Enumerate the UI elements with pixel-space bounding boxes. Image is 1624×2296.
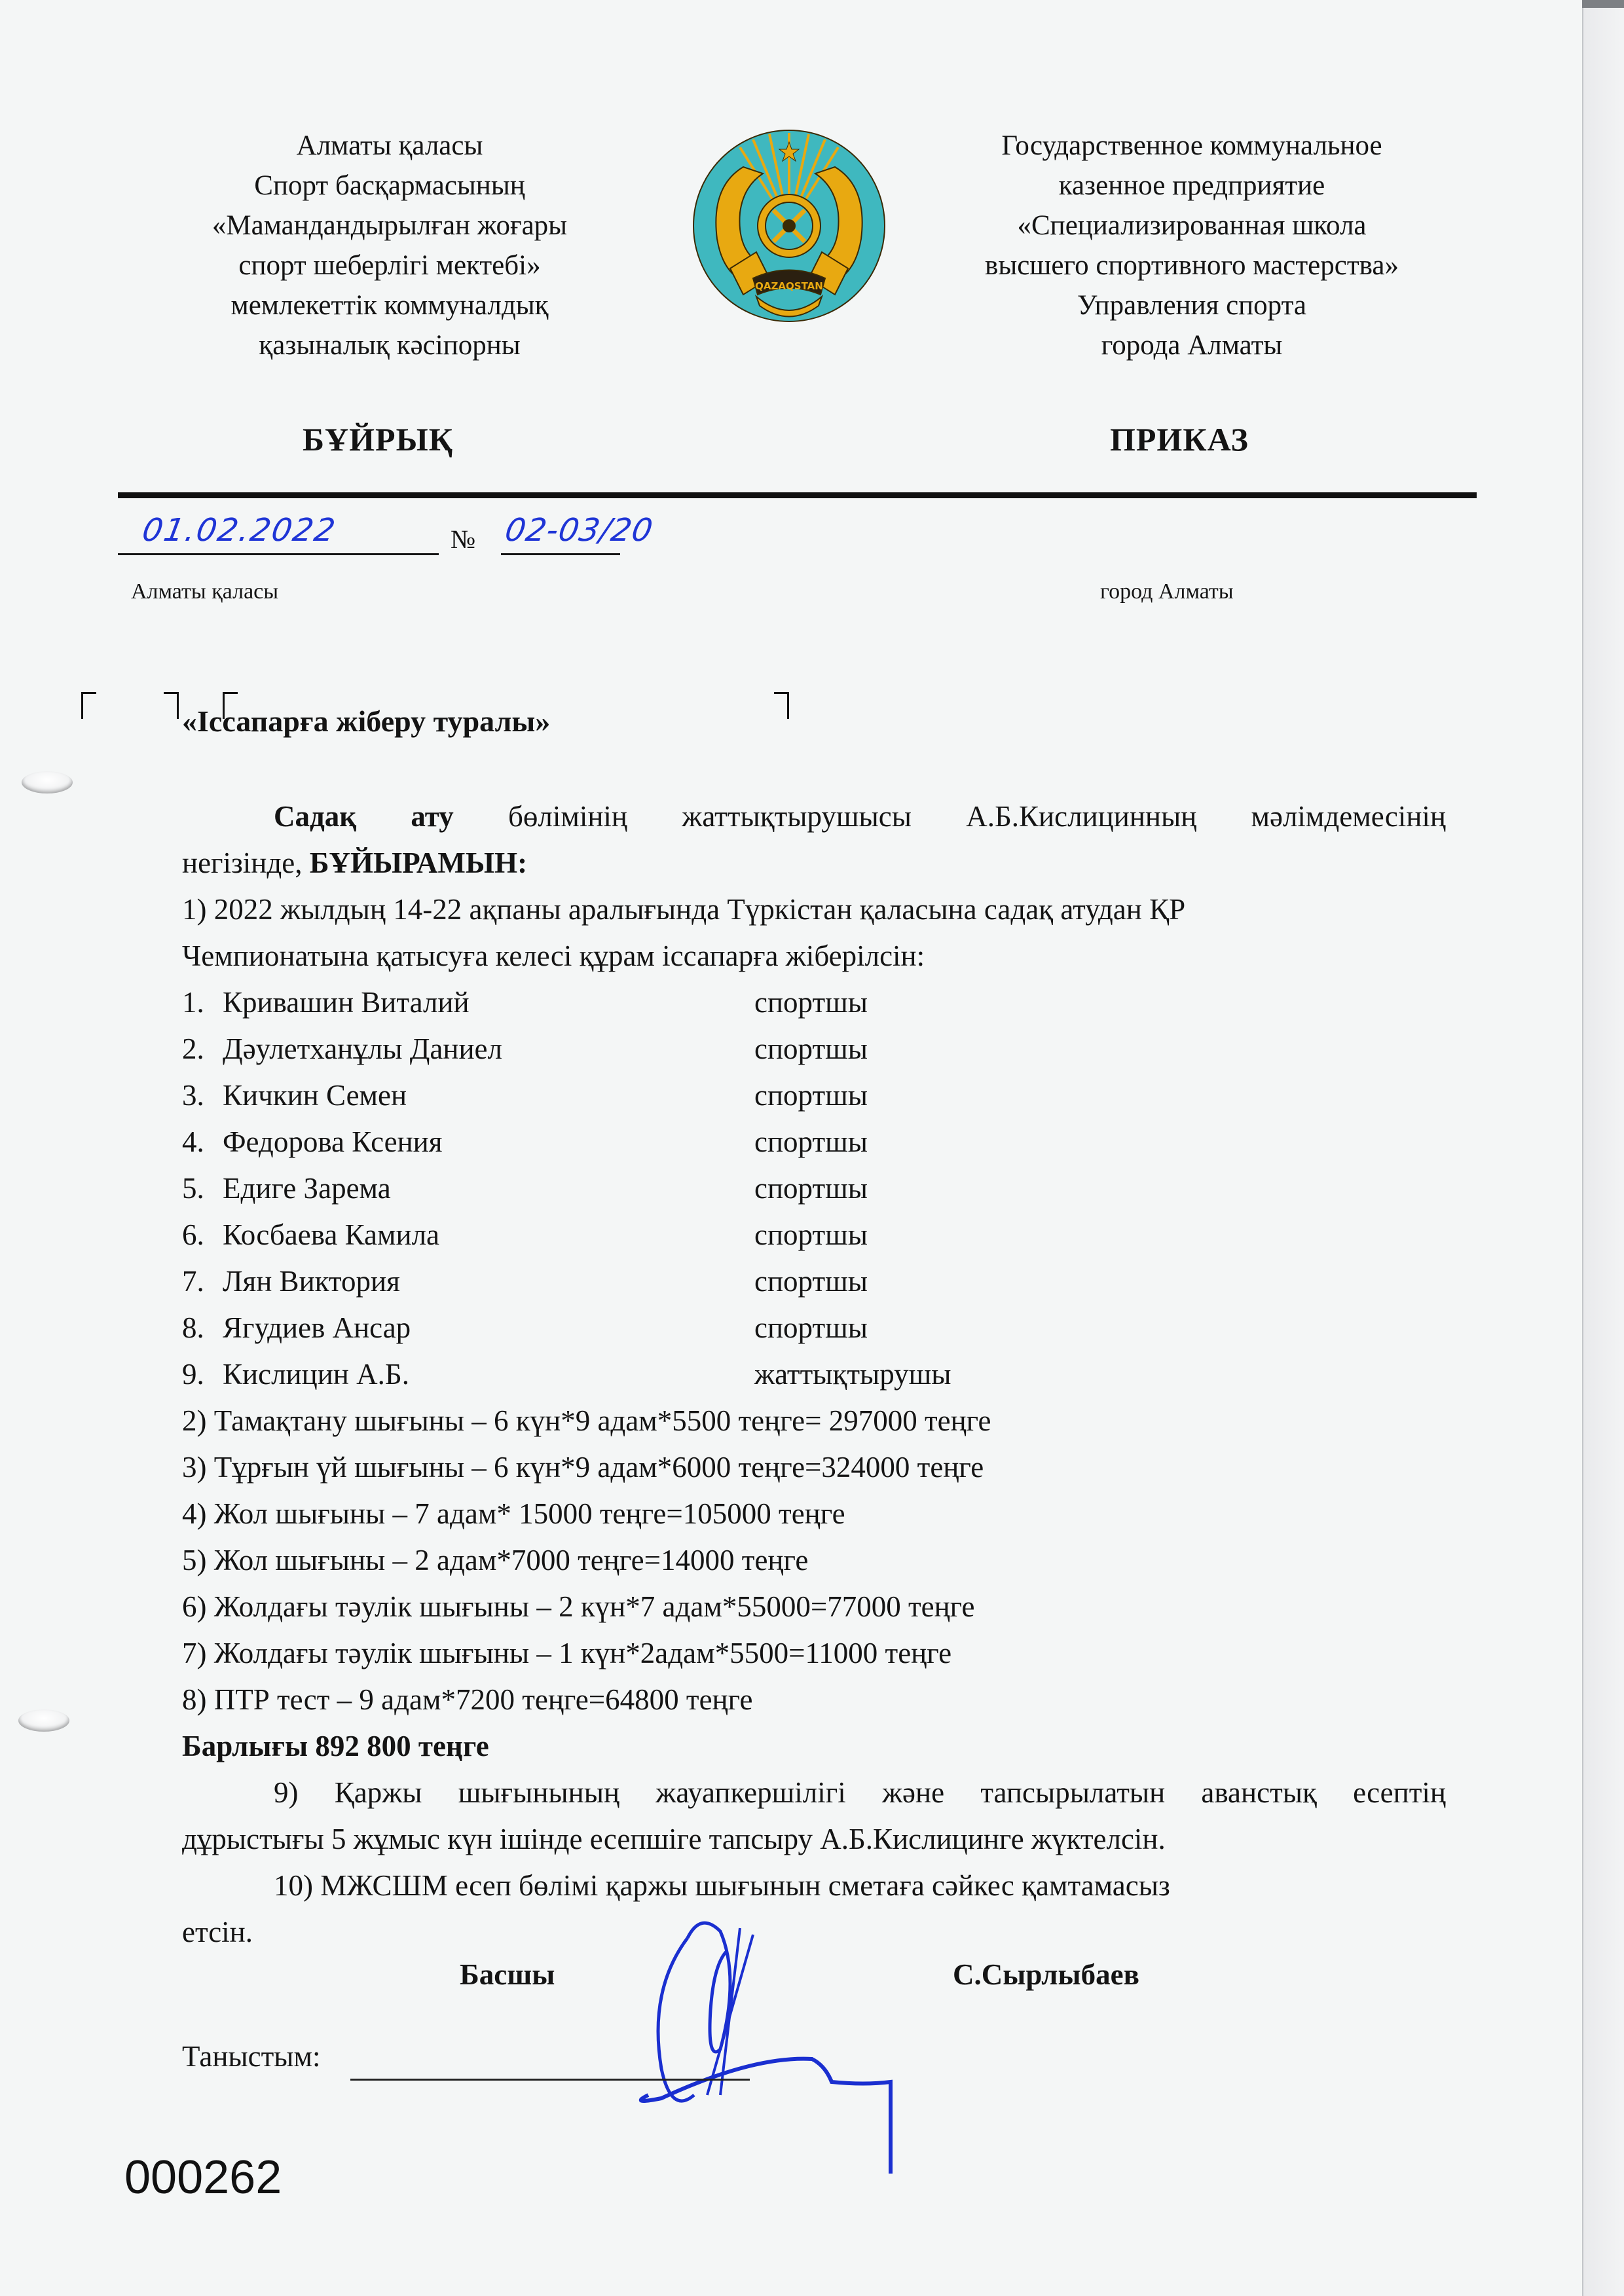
title-kazakh: БҰЙРЫҚ bbox=[303, 420, 453, 458]
expense-line: 6) Жолдағы тәулік шығыны – 2 күн*7 адам*… bbox=[182, 1584, 1446, 1630]
intro-text: негізінде, bbox=[182, 847, 303, 879]
header-line: казенное предприятие bbox=[917, 166, 1467, 206]
member-name: Дәулетханұлы Даниел bbox=[223, 1026, 754, 1072]
member-row: 7. Лян Виктория спортшы bbox=[182, 1258, 1446, 1305]
header-line: Государственное коммунальное bbox=[917, 126, 1467, 166]
order-body: Садақ ату бөлімінің жаттықтырушысы А.Б.К… bbox=[182, 793, 1446, 1956]
sheet-number: 000262 bbox=[124, 2151, 282, 2204]
number-sign: № bbox=[451, 524, 475, 555]
handwritten-signature-icon bbox=[589, 1899, 1048, 2174]
expense-line: 8) ПТР тест – 9 адам*7200 теңге=64800 те… bbox=[182, 1677, 1446, 1723]
scanner-edge-shadow bbox=[1582, 0, 1624, 8]
member-index: 2. bbox=[182, 1026, 223, 1072]
order-verb: БҰЙЫРАМЫН: bbox=[310, 847, 527, 879]
corner-bracket bbox=[164, 692, 179, 719]
kazakhstan-emblem-icon: QAZAQSTAN bbox=[691, 128, 887, 324]
header-line: «Мамандандырылған жоғары bbox=[151, 206, 629, 246]
member-row: 8. Ягудиев Ансар спортшы bbox=[182, 1305, 1446, 1351]
header-line: «Специализированная школа bbox=[917, 206, 1467, 246]
total-line: Барлығы 892 800 теңге bbox=[182, 1723, 1446, 1770]
header-line: Алматы қаласы bbox=[151, 126, 629, 166]
member-index: 3. bbox=[182, 1072, 223, 1119]
member-row: 6. Косбаева Камила спортшы bbox=[182, 1212, 1446, 1258]
signatory-position: Басшы bbox=[460, 1958, 555, 1992]
place-russian: город Алматы bbox=[1100, 579, 1234, 604]
member-role: спортшы bbox=[754, 1072, 868, 1119]
member-role: спортшы bbox=[754, 1258, 868, 1305]
member-row: 9. Кислицин А.Б. жаттықтырушы bbox=[182, 1351, 1446, 1398]
member-name: Кичкин Семен bbox=[223, 1072, 754, 1119]
intro-bold: Садақ ату bbox=[274, 800, 454, 833]
date-underline bbox=[118, 553, 439, 555]
member-row: 3. Кичкин Семен спортшы bbox=[182, 1072, 1446, 1119]
header-line: қазыналық кәсіпорны bbox=[151, 325, 629, 365]
member-name: Федорова Ксения bbox=[223, 1119, 754, 1165]
title-russian: ПРИКАЗ bbox=[1110, 420, 1249, 458]
member-index: 9. bbox=[182, 1351, 223, 1398]
intro-text: бөлімінің жаттықтырушысы А.Б.Кислицинның… bbox=[508, 800, 1446, 833]
scanner-page-edge bbox=[1582, 7, 1624, 2296]
place-kazakh: Алматы қаласы bbox=[131, 579, 278, 604]
handwritten-order-number: 02-03/20 bbox=[502, 512, 656, 549]
member-name: Кривашин Виталий bbox=[223, 979, 754, 1026]
expense-line: 2) Тамақтану шығыны – 6 күн*9 адам*5500 … bbox=[182, 1398, 1446, 1444]
member-role: спортшы bbox=[754, 1026, 868, 1072]
expense-line: 4) Жол шығыны – 7 адам* 15000 теңге=1050… bbox=[182, 1491, 1446, 1537]
member-name: Едиге Зарема bbox=[223, 1165, 754, 1212]
order-subject: «Іссапарға жіберу туралы» bbox=[182, 704, 550, 738]
item-1-line: Чемпионатына қатысуға келесі құрам іссап… bbox=[182, 933, 1446, 979]
item-1-line: 1) 2022 жылдың 14-22 ақпаны аралығында Т… bbox=[182, 886, 1446, 933]
header-line: спорт шеберлігі мектебі» bbox=[151, 246, 629, 285]
header-russian-org: Государственное коммунальное казенное пр… bbox=[917, 126, 1467, 365]
member-row: 4. Федорова Ксения спортшы bbox=[182, 1119, 1446, 1165]
expense-line: 5) Жол шығыны – 2 адам*7000 теңге=14000 … bbox=[182, 1537, 1446, 1584]
member-index: 7. bbox=[182, 1258, 223, 1305]
member-row: 5. Едиге Зарема спортшы bbox=[182, 1165, 1446, 1212]
member-index: 8. bbox=[182, 1305, 223, 1351]
member-index: 4. bbox=[182, 1119, 223, 1165]
member-row: 2. Дәулетханұлы Даниел спортшы bbox=[182, 1026, 1446, 1072]
member-name: Кислицин А.Б. bbox=[223, 1351, 754, 1398]
member-index: 1. bbox=[182, 979, 223, 1026]
handwritten-date: 01.02.2022 bbox=[139, 512, 339, 549]
header-line: Спорт басқармасының bbox=[151, 166, 629, 206]
binder-punch-hole bbox=[18, 1709, 69, 1732]
header-kazakh-org: Алматы қаласы Спорт басқармасының «Маман… bbox=[151, 126, 629, 365]
header-line: высшего спортивного мастерства» bbox=[917, 246, 1467, 285]
member-index: 5. bbox=[182, 1165, 223, 1212]
expense-line: 7) Жолдағы тәулік шығыны – 1 күн*2адам*5… bbox=[182, 1630, 1446, 1677]
intro-line: негізінде, БҰЙЫРАМЫН: bbox=[182, 840, 1446, 886]
member-role: спортшы bbox=[754, 979, 868, 1026]
header-line: города Алматы bbox=[917, 325, 1467, 365]
member-role: спортшы bbox=[754, 1212, 868, 1258]
expense-line: 3) Тұрғын үй шығыны – 6 күн*9 адам*6000 … bbox=[182, 1444, 1446, 1491]
header-line: мемлекеттік коммуналдық bbox=[151, 285, 629, 325]
member-name: Ягудиев Ансар bbox=[223, 1305, 754, 1351]
member-role: спортшы bbox=[754, 1119, 868, 1165]
member-index: 6. bbox=[182, 1212, 223, 1258]
corner-bracket bbox=[81, 692, 96, 719]
header-divider bbox=[118, 492, 1477, 498]
acknowledgement-label: Таныстым: bbox=[182, 2039, 321, 2073]
number-underline bbox=[501, 553, 620, 555]
member-role: спортшы bbox=[754, 1165, 868, 1212]
member-name: Лян Виктория bbox=[223, 1258, 754, 1305]
acknowledgement-signature-line bbox=[350, 2079, 750, 2081]
header-line: Управления спорта bbox=[917, 285, 1467, 325]
member-role: спортшы bbox=[754, 1305, 868, 1351]
member-row: 1. Кривашин Виталий спортшы bbox=[182, 979, 1446, 1026]
emblem-label: QAZAQSTAN bbox=[755, 280, 823, 292]
corner-bracket bbox=[774, 692, 789, 719]
binder-punch-hole bbox=[22, 771, 73, 793]
member-name: Косбаева Камила bbox=[223, 1212, 754, 1258]
intro-line: Садақ ату бөлімінің жаттықтырушысы А.Б.К… bbox=[182, 793, 1446, 840]
item-9-line: дұрыстығы 5 жұмыс күн ішінде есепшіге та… bbox=[182, 1816, 1446, 1863]
member-role: жаттықтырушы bbox=[754, 1351, 951, 1398]
item-9-line: 9) Қаржы шығынының жауапкершілігі және т… bbox=[182, 1770, 1446, 1816]
